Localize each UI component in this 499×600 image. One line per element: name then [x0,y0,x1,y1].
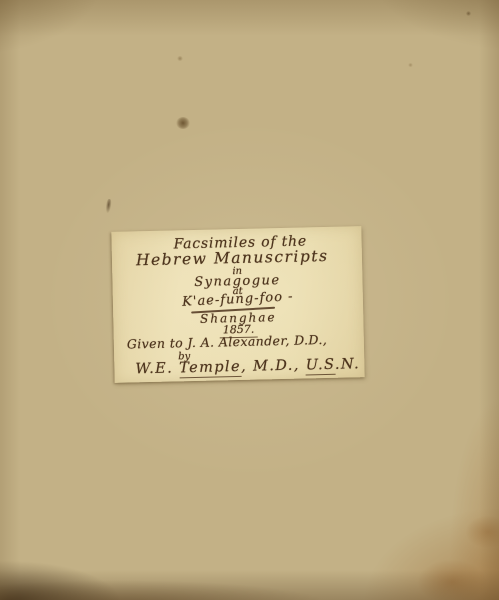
donor-navy-underlined: U.S [306,357,336,376]
stain-speck [177,56,183,61]
label-given-line: Given to J. A. Alexander, D.D., [127,334,328,351]
stain-speck [408,63,413,67]
donor-initials: W.E. [135,360,179,377]
ink-mark [105,199,112,214]
book-flyleaf-photo: Facsimiles of the Hebrew Manuscripts in … [0,0,499,600]
label-donor-line: W.E. Temple, M.D., U.S.N. [135,357,360,377]
handwritten-label: Facsimiles of the Hebrew Manuscripts in … [111,226,364,383]
donor-navy-end: .N. [335,356,361,373]
donor-surname-underlined: Temple [179,359,241,378]
donor-degree: , M.D., [241,357,306,374]
stain-smudge [176,117,190,129]
stain-speck [466,11,471,16]
